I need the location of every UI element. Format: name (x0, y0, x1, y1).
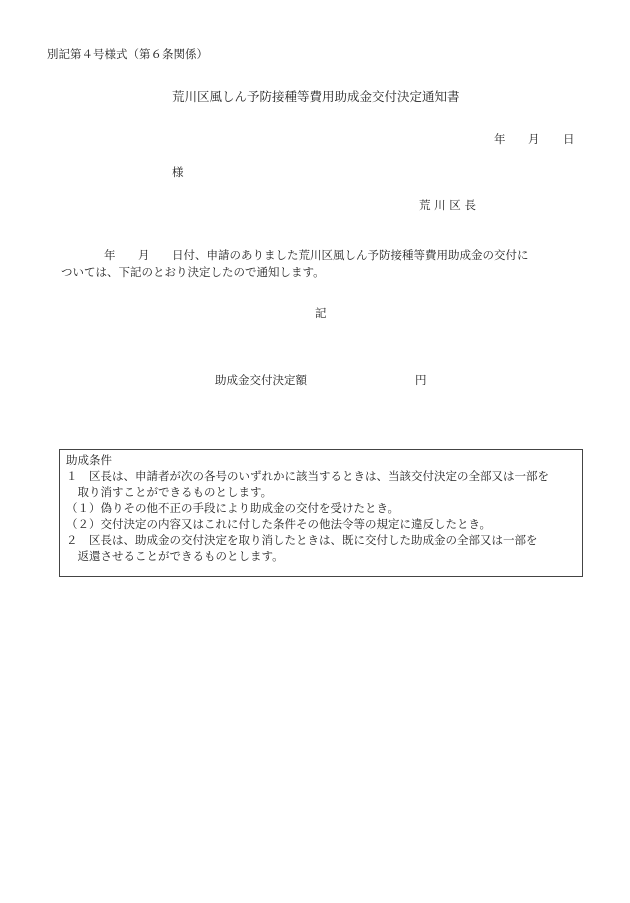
date-year: 年 (494, 132, 506, 146)
conditions-heading: 助成条件 (66, 453, 112, 467)
condition-line: １ 区長は、申請者が次の各号のいずれかに該当するときは、当該交付決定の全部又は一… (66, 469, 549, 483)
ki-mark: 記 (315, 306, 327, 320)
body-month: 月 (138, 248, 150, 262)
date-month: 月 (528, 132, 540, 146)
body-line1: 日付、申請のありました荒川区風しん予防接種等費用助成金の交付に (172, 248, 529, 262)
condition-line: 取り消すことができるものとします。 (66, 485, 272, 499)
condition-line: （１）偽りその他不正の手段により助成金の交付を受けたとき。 (66, 501, 399, 515)
condition-line: ２ 区長は、助成金の交付決定を取り消したときは、既に交付した助成金の全部又は一部… (66, 533, 538, 547)
amount-label: 助成金交付決定額 (215, 373, 307, 387)
date-day: 日 (563, 132, 575, 146)
recipient-suffix: 様 (172, 165, 184, 179)
issuer: 荒 川 区 長 (419, 198, 476, 212)
document-title: 荒川区風しん予防接種等費用助成金交付決定通知書 (172, 90, 460, 104)
condition-line: （２）交付決定の内容又はこれに付した条件その他法令等の規定に違反したとき。 (66, 517, 491, 531)
form-label: 別記第４号様式（第６条関係） (47, 47, 208, 61)
body-year: 年 (104, 248, 116, 262)
amount-unit: 円 (415, 373, 427, 387)
conditions-box: 助成条件 １ 区長は、申請者が次の各号のいずれかに該当するときは、当該交付決定の… (59, 449, 583, 577)
body-line2: ついては、下記のとおり決定したので通知します。 (61, 265, 325, 279)
condition-line: 返還させることができるものとします。 (66, 549, 284, 563)
